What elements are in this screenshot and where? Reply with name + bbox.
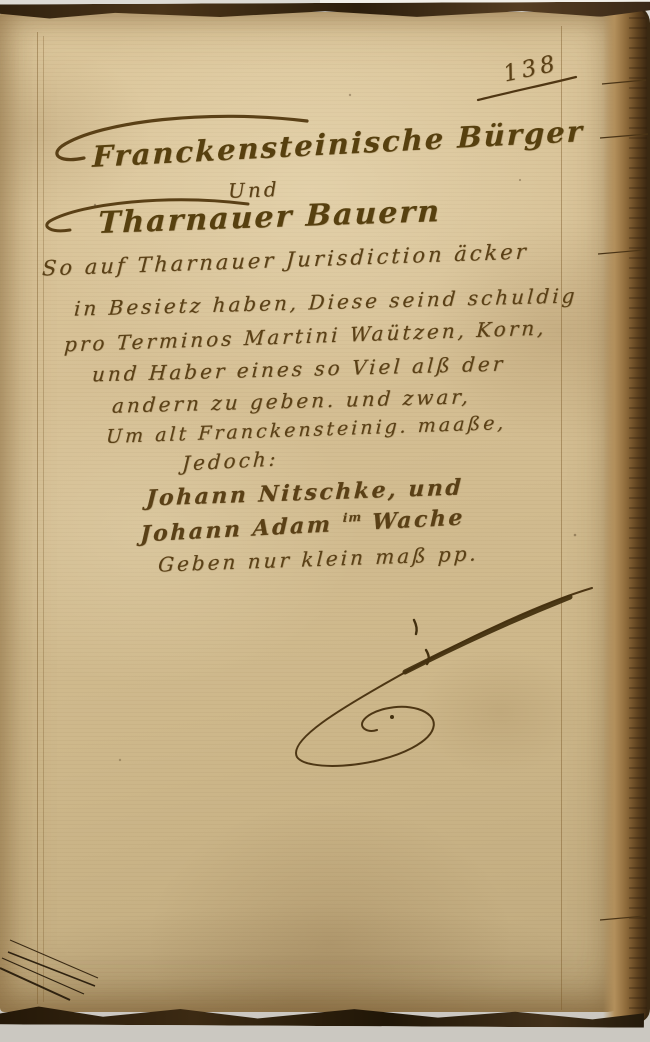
photo-background: 138 Franckensteinische Bürger Und Tharna… [0,0,650,1042]
edge-crack-3 [598,250,644,254]
paper-speck-4 [574,534,577,537]
edge-crack-4 [600,916,645,920]
ink-dot [390,715,394,719]
paper-speck-1 [94,204,96,206]
ink-tick-1 [414,620,417,634]
paper-speck-2 [519,179,521,181]
fray-thread-1 [8,952,95,986]
body-line-7: Jedoch: [181,446,279,475]
spiral-flourish [296,588,592,766]
spiral-flourish-heavy-stroke [405,597,570,672]
paper-speck-3 [349,94,351,96]
edge-crack-1 [602,80,646,84]
name-line-2-end: Wache [372,504,466,535]
paper-speck-5 [119,759,121,761]
fray-thread-3 [10,940,98,978]
edge-crack-2 [600,134,648,138]
name-line-2-superscript-im: im [343,510,363,525]
